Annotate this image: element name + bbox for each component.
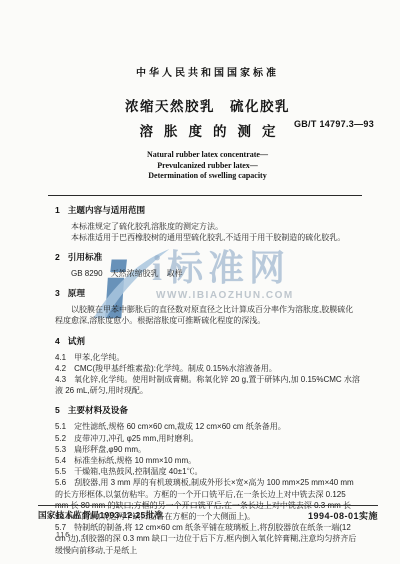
section-2-number: 2 <box>55 252 60 262</box>
clause-5-4: 5.4 标准坐标纸,规格 10 mm×10 mm。 <box>55 455 360 466</box>
section-5-number: 5 <box>55 405 60 415</box>
document-page: i标准网 WWW.IBIAOZHUN.COM 中华人民共和国国家标准 浓缩天然胶… <box>0 0 400 564</box>
english-title: Natural rubber latex concentrate— Prevul… <box>55 150 360 182</box>
section-1-number: 1 <box>55 205 60 215</box>
section-5-heading: 5主要材料及设备 <box>55 404 360 416</box>
approval-text: 国家技术监督局1993-12-25批准 <box>38 509 163 522</box>
title-block: 浓缩天然胶乳 硫化胶乳 溶胀度的测定 GB/T 14797.3—93 <box>55 95 360 140</box>
clause-4-3: 4.3 氧化锌,化学纯。使用时制成膏糊。称氧化锌 20 g,置于研钵内,加 0.… <box>55 374 360 396</box>
clause-5-2: 5.2 皮带冲刀,冲孔 φ25 mm,用时磨利。 <box>55 433 360 444</box>
section-5-title: 主要材料及设备 <box>68 405 128 415</box>
clause-5-1: 5.1 定性滤纸,规格 60 cm×60 cm,裁成 12 cm×60 cm 纸… <box>55 421 360 432</box>
section-1-paragraph-2: 本标准适用于巴西橡胶树的通用型硫化胶乳,不适用于用干胶制造的硫化胶乳。 <box>55 232 360 243</box>
clause-4-1: 4.1 甲苯,化学纯。 <box>55 352 360 363</box>
header-divider <box>48 195 362 196</box>
implementation-text: 1994-08-01实施 <box>308 509 378 522</box>
english-title-line1: Natural rubber latex concentrate— <box>55 150 360 161</box>
section-1-heading: 1主题内容与适用范围 <box>55 204 360 216</box>
clause-5-3: 5.3 扁形秤盘,φ90 mm。 <box>55 444 360 455</box>
standard-number: GB/T 14797.3—93 <box>294 119 374 129</box>
english-title-line3: Determination of swelling capacity <box>55 171 360 182</box>
document-title-line1: 浓缩天然胶乳 硫化胶乳 <box>55 95 360 115</box>
section-4-title: 试剂 <box>68 336 85 346</box>
clause-5-5: 5.5 干燥箱,电热鼓风,控制温度 40±1℃。 <box>55 466 360 477</box>
section-1-paragraph-1: 本标准规定了硫化胶乳溶胀度的测定方法。 <box>55 221 360 232</box>
section-2-heading: 2引用标准 <box>55 251 360 263</box>
section-3-number: 3 <box>55 288 60 298</box>
section-1-title: 主题内容与适用范围 <box>68 205 145 215</box>
section-3-heading: 3原理 <box>55 287 360 299</box>
section-2-reference-line: GB 8290 天然浓缩胶乳 取样 <box>55 268 360 279</box>
section-4-number: 4 <box>55 336 60 346</box>
section-2-title: 引用标准 <box>68 252 102 262</box>
section-4-heading: 4试剂 <box>55 335 360 347</box>
document-footer: 国家技术监督局1993-12-25批准 1994-08-01实施 116 <box>38 505 378 539</box>
section-3-title: 原理 <box>68 288 85 298</box>
english-title-line2: Prevulcanized rubber latex— <box>55 161 360 172</box>
page-number: 116 <box>56 532 378 539</box>
footer-divider <box>38 505 378 506</box>
national-standard-label: 中华人民共和国国家标准 <box>55 64 360 79</box>
section-3-paragraph-1: 以胶膜在甲苯中膨胀后的直径数对原直径之比计算成百分率作为溶胀度,胶膜硫化程度愈深… <box>55 304 360 326</box>
clause-4-2: 4.2 CMC(羧甲基纤维素盐):化学纯。制成 0.15%水溶液备用。 <box>55 363 360 374</box>
document-content: 中华人民共和国国家标准 浓缩天然胶乳 硫化胶乳 溶胀度的测定 GB/T 1479… <box>0 0 400 556</box>
